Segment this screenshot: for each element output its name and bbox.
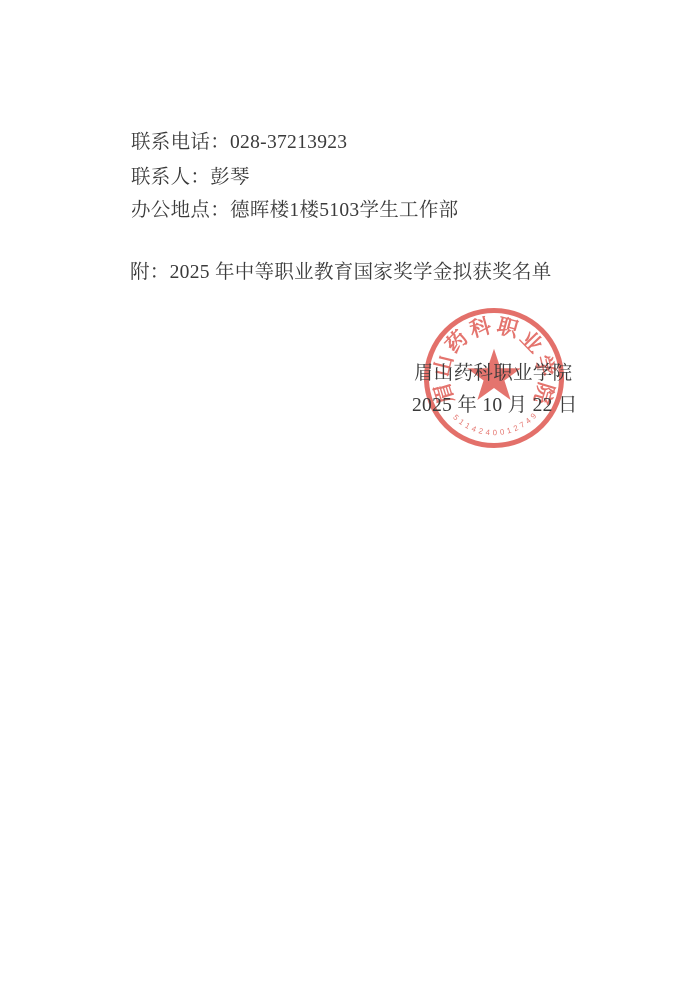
seal-code-digit: 2 <box>478 426 484 436</box>
seal-code-digit: 2 <box>512 423 520 433</box>
signature-organization: 眉山药科职业学院 <box>414 362 572 385</box>
contact-person-line: 联系人：彭琴 <box>131 166 250 189</box>
seal-arc-char: 科 <box>467 313 494 342</box>
office-location-line: 办公地点：德晖楼1楼5103学生工作部 <box>131 199 458 222</box>
seal-code-digit: 4 <box>485 428 491 438</box>
attachment-note-line: 附：2025 年中等职业教育国家奖学金拟获奖名单 <box>130 261 552 284</box>
seal-code-digit: 4 <box>470 424 478 434</box>
contact-phone-line: 联系电话：028-37213923 <box>131 131 347 154</box>
document-page: 联系电话：028-37213923 联系人：彭琴 办公地点：德晖楼1楼5103学… <box>0 0 700 989</box>
seal-code-digit: 1 <box>506 426 513 436</box>
seal-code-digit: 0 <box>493 428 497 437</box>
seal-arc-char: 职 <box>494 313 522 342</box>
seal-code-digit: 1 <box>463 421 471 431</box>
signature-date: 2025 年 10 月 22 日 <box>412 394 578 417</box>
seal-code-digit: 0 <box>499 427 505 437</box>
